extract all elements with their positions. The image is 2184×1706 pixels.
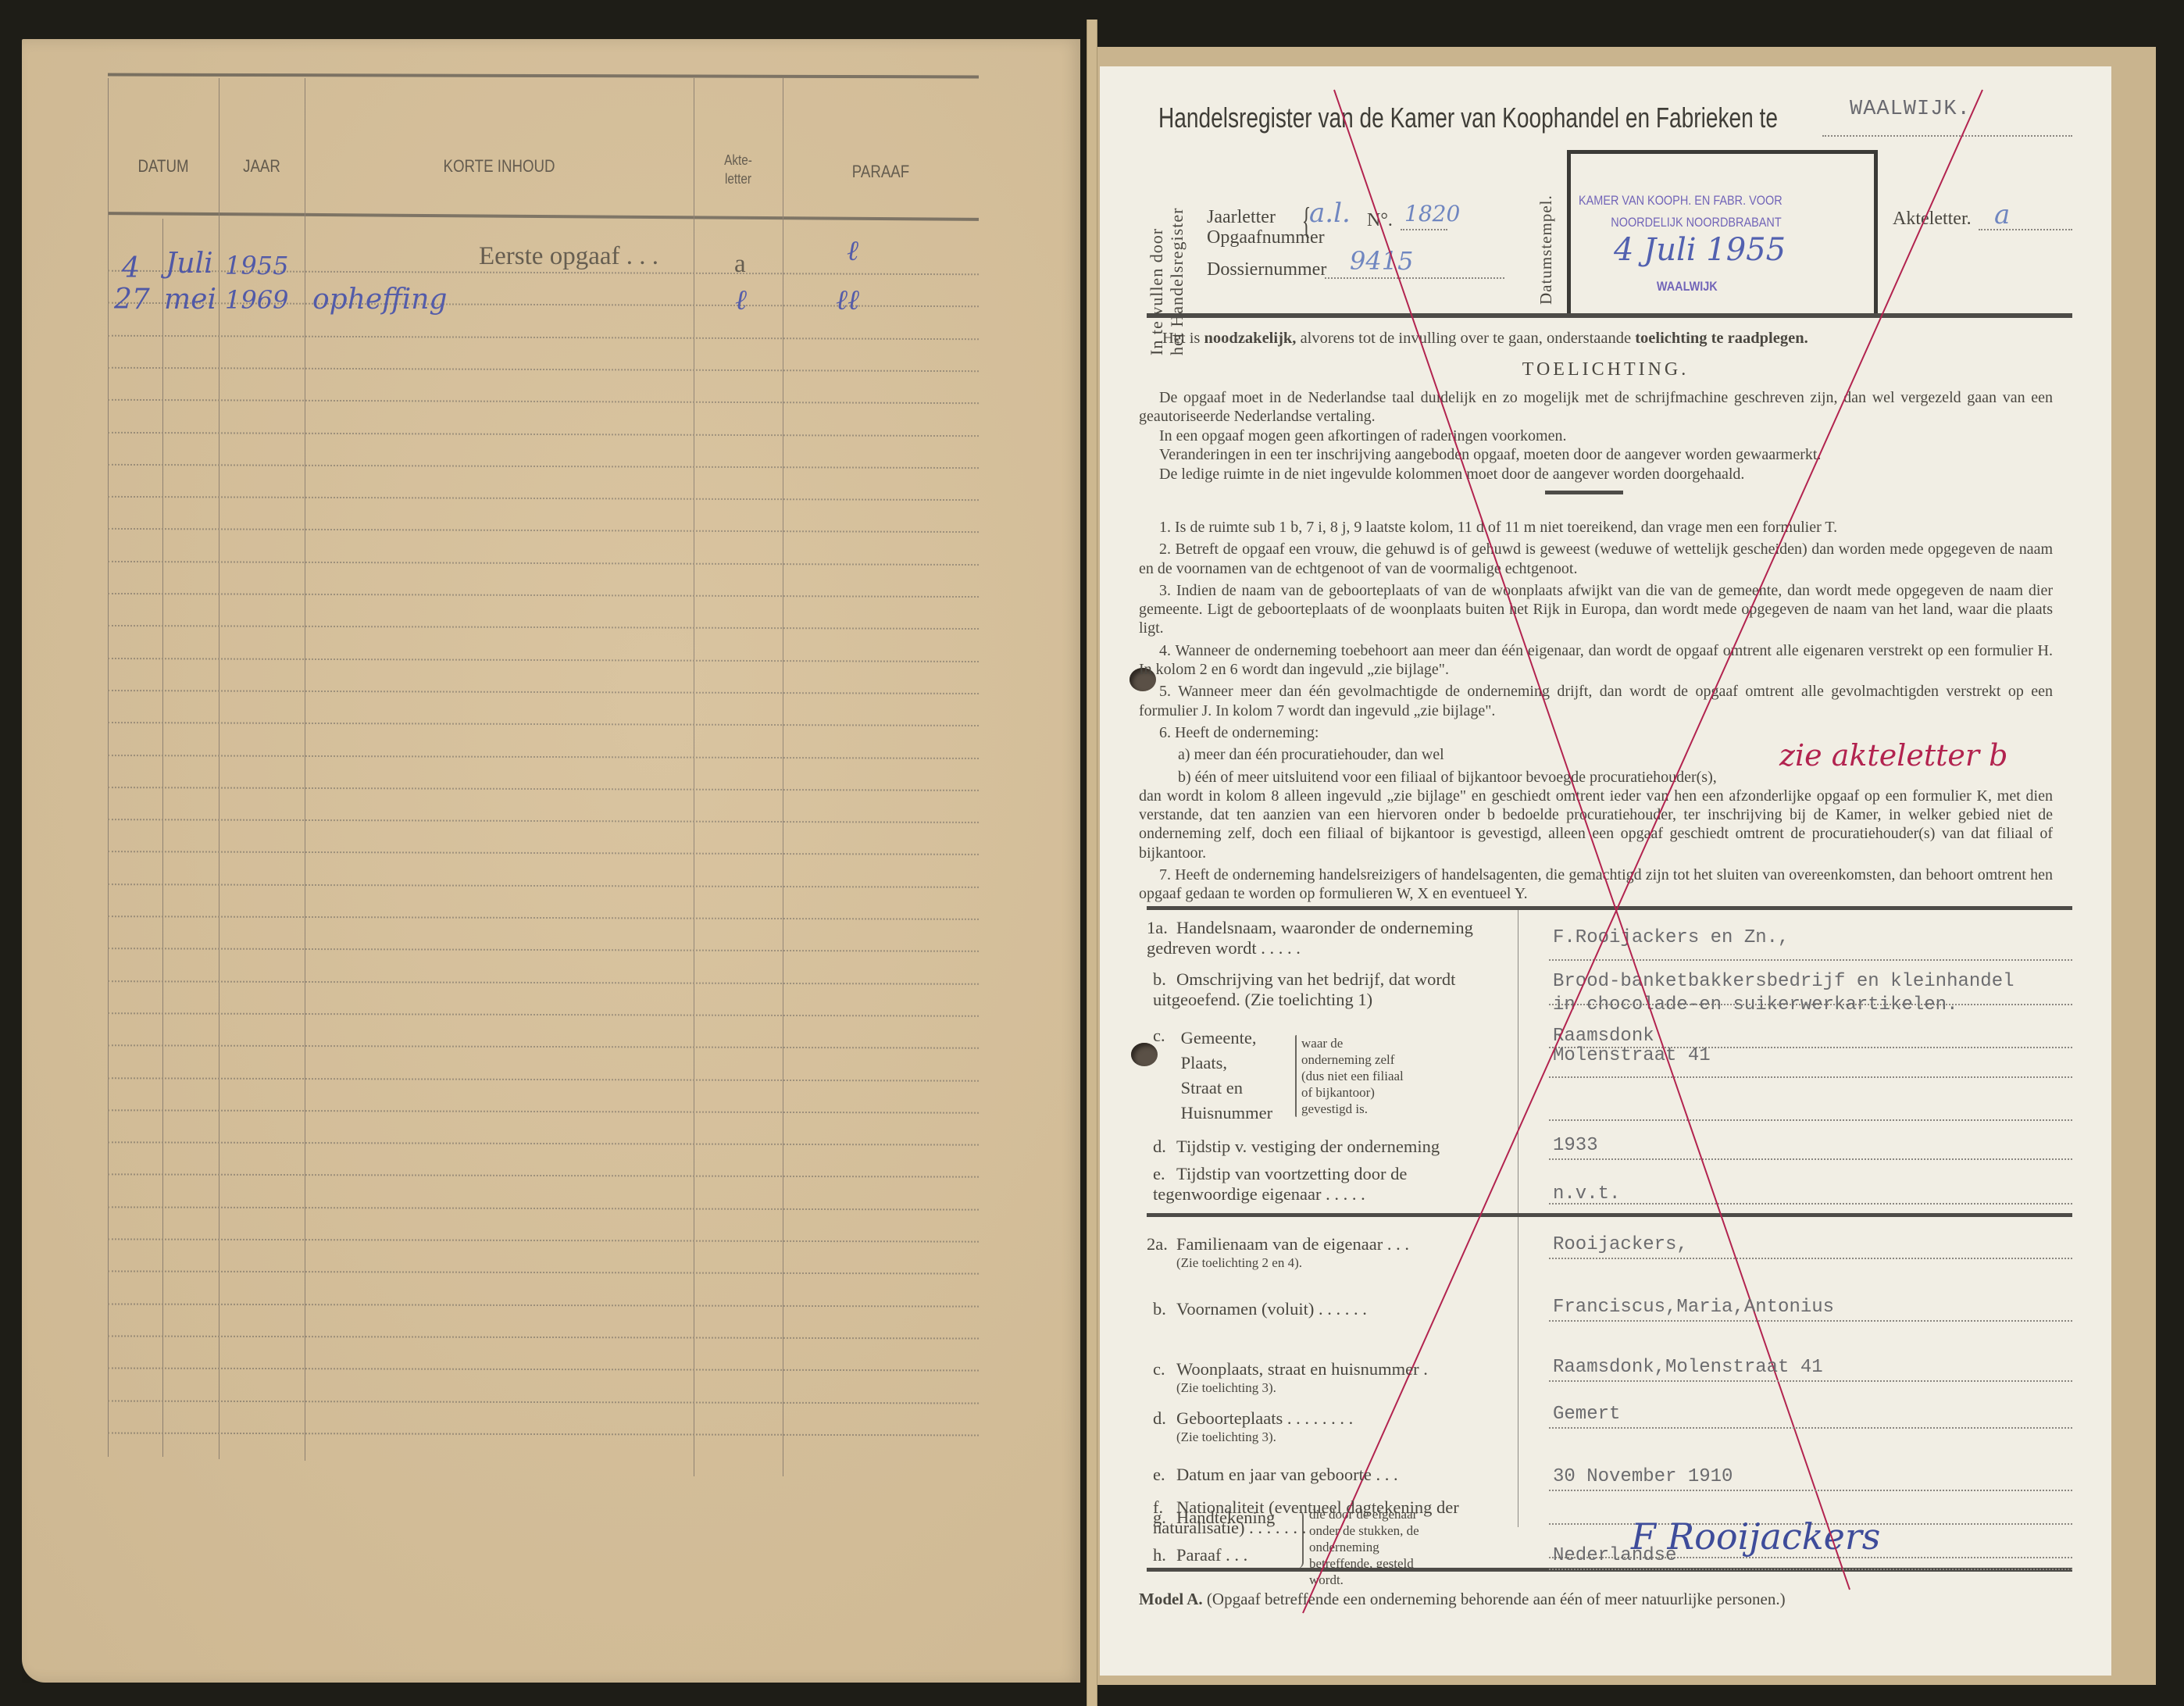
- opgaafnummer-value: 1820: [1404, 201, 1460, 227]
- field-1a-label: 1a.Handelsnaam, waaronder de onderneming…: [1147, 918, 1506, 958]
- note-6-continued: dan wordt in kolom 8 alleen ingevuld „zi…: [1139, 787, 2053, 862]
- ruled-row-line: [108, 851, 979, 856]
- ruled-row-line: [108, 1206, 979, 1210]
- datumstempel-label: Datumstempel.: [1536, 168, 1556, 305]
- field-1d-label: d.Tijdstip v. vestiging der onderneming: [1153, 1137, 1440, 1157]
- section-1-top-rule: [1147, 906, 2072, 910]
- form-title: Handelsregister van de Kamer van Koophan…: [1158, 102, 1778, 134]
- entry-1-month: Juli: [166, 248, 213, 280]
- intro-text: alvorens tot de invulling over te gaan, …: [1296, 330, 1635, 347]
- entry-1-day: 4: [122, 252, 140, 284]
- toelichting-paragraph: De opgaaf moet in de Nederlandse taal du…: [1139, 388, 2053, 426]
- ruled-row-line: [108, 431, 979, 436]
- note-2: 2. Betreft de opgaaf een vrouw, die gehu…: [1139, 540, 2053, 578]
- binding-spine: [1087, 20, 1097, 1706]
- note-1: 1. Is de ruimte sub 1 b, 7 i, 8 j, 9 laa…: [1139, 518, 2053, 537]
- akteletter-header-line2: letter: [701, 170, 776, 188]
- intro-instruction: Het is noodzakelijk, alvorens tot de inv…: [1162, 330, 1808, 348]
- field-key: b.: [1153, 1299, 1176, 1319]
- stamp-line2: NOORDELIJK NOORDBRABANT: [1611, 215, 1781, 230]
- field-2d-value: Gemert: [1553, 1404, 1620, 1425]
- field-key: e.: [1153, 1164, 1176, 1184]
- column-divider: [783, 78, 783, 1476]
- dotted-line: [1979, 229, 2072, 230]
- field-sub-note: (Zie toelichting 3).: [1153, 1379, 1512, 1396]
- ruled-row-line: [108, 1303, 979, 1307]
- short-rule: [1545, 491, 1623, 494]
- ruled-row-line: [108, 1077, 979, 1081]
- column-header-akteletter: Akte- letter: [701, 151, 776, 188]
- field-label-text: Paraaf . . .: [1176, 1545, 1247, 1565]
- jaarletter-value: a.l.: [1309, 198, 1351, 229]
- ruled-row-line: [108, 980, 979, 985]
- field-2e-label: e.Datum en jaar van geboorte . . .: [1153, 1465, 1512, 1485]
- ruled-row-line: [108, 1174, 979, 1178]
- field-2f-label: f.Nationaliteit (eventueel dagtekening d…: [1153, 1497, 1512, 1538]
- field-2b-value: Franciscus,Maria,Antonius: [1553, 1297, 1834, 1318]
- dotted-line: [1325, 277, 1504, 279]
- field-2a-value: Rooijackers,: [1553, 1234, 1688, 1255]
- field-1a-value: F.Rooijackers en Zn.,: [1553, 927, 1789, 948]
- field-label-text: Voornamen (voluit) . . . . . .: [1176, 1299, 1367, 1319]
- toelichting-notes: 1. Is de ruimte sub 1 b, 7 i, 8 j, 9 laa…: [1139, 518, 2053, 904]
- dotted-line: [1401, 229, 1447, 230]
- toelichting-paragraph: De ledige ruimte in de niet ingevulde ko…: [1139, 465, 2053, 484]
- ruled-row-line: [108, 334, 979, 339]
- toelichting-general: De opgaaf moet in de Nederlandse taal du…: [1139, 388, 2053, 484]
- field-key: c.: [1153, 1026, 1176, 1046]
- akteletter-value: a: [1994, 199, 2010, 230]
- side-note-in-te-vullen: In te vullen door het Handelsregister: [1147, 160, 1187, 355]
- field-label-text: Omschrijving van het bedrijf, dat wordt …: [1153, 969, 1455, 1009]
- stamp-place: WAALWIJK: [1657, 279, 1718, 294]
- ruled-row-line: [108, 367, 979, 372]
- dotted-line: [1549, 1258, 2072, 1259]
- jaarletter-label: Jaarletter: [1207, 207, 1276, 228]
- dotted-line: [1549, 1076, 2072, 1078]
- column-header-jaar: JAAR: [225, 156, 298, 177]
- ruled-row-line: [108, 528, 979, 533]
- dotted-line: [1549, 1380, 2072, 1382]
- ruled-row-line: [108, 1238, 979, 1242]
- entry-2-paraaf: ℓℓ: [836, 284, 859, 316]
- ruled-row-line: [108, 787, 979, 791]
- model-label: Model A.: [1139, 1590, 1203, 1608]
- ruled-row-line: [108, 722, 979, 726]
- label-gemeente: Gemeente,: [1181, 1028, 1257, 1048]
- dotted-line: [1549, 1203, 2072, 1205]
- column-divider: [694, 78, 694, 1476]
- field-2c-label: c.Woonplaats, straat en huisnummer .(Zie…: [1153, 1359, 1512, 1396]
- field-key: 1a.: [1147, 918, 1176, 938]
- ruled-row-line: [108, 1141, 979, 1145]
- note-5: 5. Wanneer meer dan één gevolmachtigde d…: [1139, 682, 2053, 720]
- dotted-line: [1549, 1320, 2072, 1322]
- akteletter-header-line1: Akte-: [701, 151, 776, 170]
- register-log-table: DATUM JAAR KORTE INHOUD Akte- letter PAR…: [108, 74, 979, 1457]
- ruled-row-line: [108, 915, 979, 920]
- akteletter-label: Akteletter.: [1893, 209, 1972, 230]
- entry-2-description: opheffing: [312, 284, 447, 316]
- field-label-text: Woonplaats, straat en huisnummer .: [1176, 1359, 1428, 1379]
- dotted-line: [1549, 1490, 2072, 1491]
- entry-2-year: 1969: [225, 285, 288, 315]
- ruled-row-line: [108, 1271, 979, 1275]
- field-sub-note: (Zie toelichting 2 en 4).: [1147, 1255, 1506, 1271]
- label-straat: Straat en: [1181, 1078, 1243, 1097]
- dossiernummer-label: Dossiernummer: [1207, 259, 1326, 280]
- ruled-row-line: [108, 464, 979, 469]
- field-1c-value-line1: Raamsdonk: [1553, 1026, 1654, 1047]
- toelichting-paragraph: Veranderingen in een ter inschrijving aa…: [1139, 445, 2053, 464]
- label-plaats: Plaats,: [1181, 1053, 1227, 1072]
- entry-1-year: 1955: [225, 251, 288, 280]
- ruled-row-line: [108, 399, 979, 404]
- field-2c-value: Raamsdonk,Molenstraat 41: [1553, 1357, 1823, 1378]
- field-key: e.: [1153, 1465, 1176, 1485]
- field-key: 2a.: [1147, 1234, 1176, 1255]
- field-key: f.: [1153, 1497, 1176, 1518]
- field-label-text: Tijdstip van voortzetting door de tegenw…: [1153, 1164, 1407, 1204]
- field-h-label: h.Paraaf . . .: [1153, 1545, 1247, 1565]
- dotted-line: [1549, 1427, 2072, 1429]
- ruled-row-line: [108, 658, 979, 662]
- intro-bold: toelichting te raadplegen.: [1635, 330, 1808, 347]
- ruled-row-line: [108, 1012, 979, 1017]
- ruled-row-line: [108, 1335, 979, 1339]
- stamp-date: 4 Juli 1955: [1614, 232, 1786, 268]
- field-2b-label: b.Voornamen (voluit) . . . . . .: [1153, 1299, 1512, 1319]
- section-2-top-rule: [1147, 1213, 2072, 1217]
- label-huisnummer: Huisnummer: [1181, 1103, 1273, 1122]
- field-2f-value: Nederlandse: [1553, 1545, 1676, 1566]
- field-key: d.: [1153, 1137, 1176, 1157]
- entry-1-description: Eerste opgaaf . . .: [479, 242, 658, 271]
- field-label-lines: Gemeente, Plaats, Straat en Huisnummer: [1181, 1026, 1273, 1126]
- table-header-rule: [108, 212, 979, 221]
- intro-bold: noodzakelijk,: [1204, 330, 1297, 347]
- red-annotation-zie-akteletter: zie akteletter b: [1779, 738, 2007, 773]
- entry-1-paraaf: ℓ: [847, 234, 858, 267]
- stamp-line1: KAMER VAN KOOPH. EN FABR. VOOR: [1579, 193, 1783, 209]
- field-1e-value: n.v.t.: [1553, 1183, 1620, 1205]
- ruled-row-line: [108, 1368, 979, 1372]
- entry-2-akteletter: ℓ: [735, 284, 747, 316]
- ruled-row-line: [108, 561, 979, 566]
- field-1e-label: e.Tijdstip van voortzetting door de tege…: [1153, 1164, 1506, 1205]
- field-key: b.: [1153, 969, 1176, 990]
- column-header-datum: DATUM: [116, 156, 211, 177]
- field-key: h.: [1153, 1545, 1176, 1565]
- toelichting-paragraph: In een opgaaf mogen geen afkortingen of …: [1139, 426, 2053, 445]
- note-4: 4. Wanneer de onderneming toebehoort aan…: [1139, 641, 2053, 680]
- ruled-row-line: [108, 1400, 979, 1404]
- dotted-line: [1549, 1569, 2072, 1570]
- field-label-text: Geboorteplaats . . . . . . . .: [1176, 1408, 1353, 1428]
- entry-2-day: 27: [114, 284, 150, 316]
- field-key: d.: [1153, 1408, 1176, 1429]
- field-label-text: Tijdstip v. vestiging der onderneming: [1176, 1137, 1440, 1156]
- field-2d-label: d.Geboorteplaats . . . . . . . .(Zie toe…: [1153, 1408, 1512, 1445]
- field-2a-label: 2a.Familienaam van de eigenaar . . .(Zie…: [1147, 1234, 1506, 1271]
- ruled-row-line: [108, 1044, 979, 1048]
- ruled-row-line: [108, 593, 979, 598]
- ruled-row-line: [108, 1109, 979, 1113]
- field-1c-label: c. Gemeente, Plaats, Straat en Huisnumme…: [1153, 1026, 1272, 1126]
- dotted-line: [1549, 959, 2072, 961]
- field-label-text: Handelsnaam, waaronder de onderneming ge…: [1147, 918, 1473, 958]
- field-label-text: Nationaliteit (eventueel dagtekening der…: [1153, 1497, 1459, 1537]
- left-page-register-log: DATUM JAAR KORTE INHOUD Akte- letter PAR…: [22, 39, 1080, 1683]
- note-7: 7. Heeft de onderneming handelsreizigers…: [1139, 865, 2053, 904]
- column-divider: [219, 78, 219, 1459]
- table-top-rule: [108, 73, 979, 79]
- field-1b-label: b.Omschrijving van het bedrijf, dat word…: [1153, 969, 1506, 1010]
- toelichting-heading: TOELICHTING.: [1100, 359, 2111, 380]
- entry-1-akteletter: a: [734, 250, 746, 279]
- ruled-row-line: [108, 496, 979, 501]
- field-1d-value: 1933: [1553, 1135, 1598, 1156]
- field-1c-note: waar de onderneming zelf (dus niet een f…: [1301, 1035, 1407, 1117]
- field-key: c.: [1153, 1359, 1176, 1379]
- field-1c-value-line2: Molenstraat 41: [1553, 1045, 1711, 1066]
- note-3: 3. Indien de naam van de geboorteplaats …: [1139, 581, 2053, 638]
- field-label-text: Familienaam van de eigenaar . . .: [1176, 1234, 1409, 1254]
- field-1b-value-line1: Brood-banketbakkersbedrijf en kleinhande…: [1553, 971, 2014, 992]
- section-rule: [1147, 313, 2072, 318]
- field-sub-note: (Zie toelichting 3).: [1153, 1429, 1512, 1445]
- column-divider: [305, 78, 305, 1461]
- ruled-row-line: [108, 1432, 979, 1436]
- form-model-footer: Model A. (Opgaaf betreffende een onderne…: [1139, 1590, 1786, 1609]
- brace-icon: [1295, 1035, 1297, 1117]
- entry-2-month: mei: [164, 284, 216, 316]
- ruled-row-line: [108, 883, 979, 888]
- dossiernummer-value: 9415: [1350, 246, 1413, 276]
- ruled-row-line: [108, 755, 979, 759]
- field-1b-value-line2: in chocolade-en suikerwerkartikelen.: [1553, 994, 1957, 1015]
- ruled-row-line: [108, 625, 979, 630]
- ruled-row-line: [108, 690, 979, 694]
- field-label-text: Datum en jaar van geboorte . . .: [1176, 1465, 1398, 1484]
- column-header-paraaf: PARAAF: [798, 162, 964, 182]
- right-page-registration-form: Handelsregister van de Kamer van Koophan…: [1100, 66, 2111, 1676]
- dotted-line: [1549, 1119, 2072, 1121]
- intro-text: Het is: [1162, 330, 1204, 347]
- dotted-line: [1549, 1158, 2072, 1160]
- label-value-separator: [1518, 910, 1518, 1527]
- number-label: N°.: [1367, 210, 1393, 231]
- dotted-line: [1822, 135, 2072, 137]
- chamber-location-value: WAALWIJK.: [1850, 98, 1971, 121]
- column-divider: [108, 78, 109, 1457]
- ruled-row-line: [108, 948, 979, 952]
- column-header-korte-inhoud: KORTE INHOUD: [334, 156, 664, 177]
- ruled-row-line: [108, 819, 979, 823]
- model-description: (Opgaaf betreffende een onderneming beho…: [1203, 1590, 1786, 1608]
- field-2e-value: 30 November 1910: [1553, 1466, 1733, 1487]
